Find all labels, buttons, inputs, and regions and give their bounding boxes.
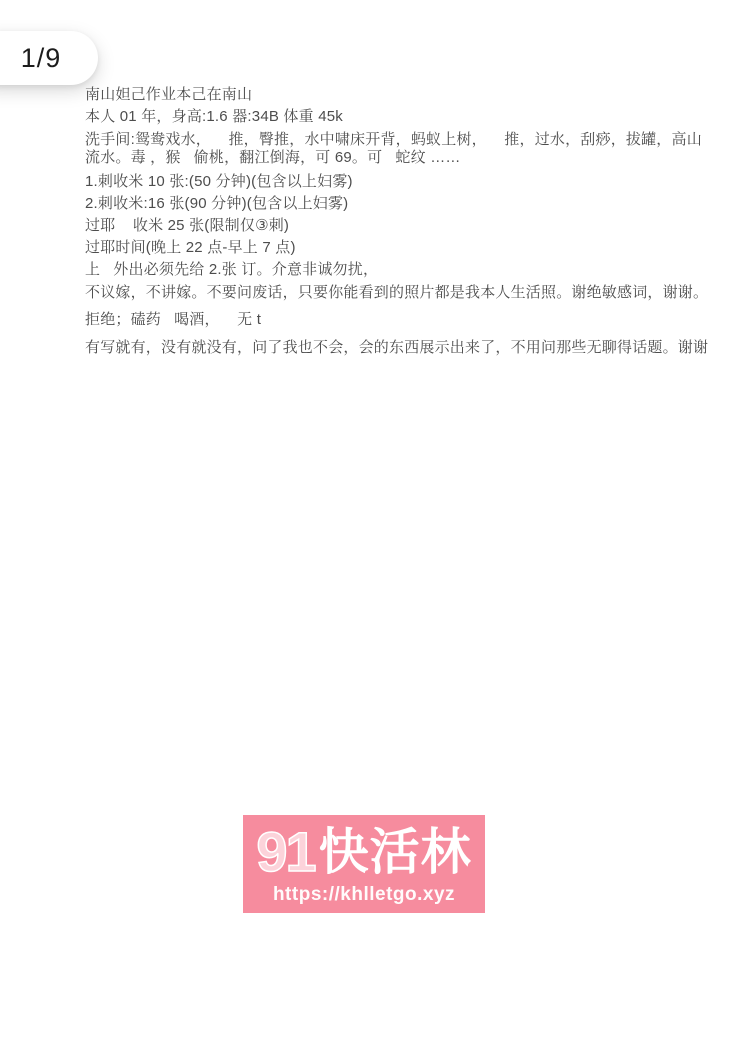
page-counter-label: 1/9 [21,43,62,74]
watermark-brand-name: 快活林 [319,827,472,877]
doc-line: 不议嫁，不讲嫁。不要问废话，只要你能看到的照片都是我本人生活照。谢绝敏感词，谢谢… [85,282,729,304]
watermark-brand-number: 91 [256,824,314,880]
doc-line: 过耶时间(晚上 22 点-早上 7 点) [85,237,729,259]
doc-line: 本人 01 年，身高:1.6 器:34B 体重 45k [85,106,729,128]
doc-line: 上 外出必须先给 2.张 订。介意非诚勿扰， [85,259,729,281]
document-page: 1/9 南山妲己作业本己在南山 本人 01 年，身高:1.6 器:34B 体重 … [0,0,729,1043]
doc-line: 过耶 收米 25 张(限制仅③刺) [85,215,729,237]
doc-line-title: 南山妲己作业本己在南山 [85,84,729,106]
doc-line: 拒绝；磕药 喝酒， 无 t [85,309,729,331]
document-text: 南山妲己作业本己在南山 本人 01 年，身高:1.6 器:34B 体重 45k … [85,84,729,359]
page-counter: 1/9 [0,31,98,85]
watermark-brand: 91 快活林 [256,824,471,880]
doc-line: 有写就有，没有就没有，问了我也不会，会的东西展示出来了，不用问那些无聊得话题。谢… [85,337,729,359]
watermark-banner: 91 快活林 https://khlletgo.xyz [243,815,485,913]
doc-line: 1.刺收米 10 张:(50 分钟)(包含以上妇雾) [85,171,729,193]
watermark-url: https://khlletgo.xyz [273,884,455,906]
doc-line: 2.刺收米:16 张(90 分钟)(包含以上妇雾) [85,193,729,215]
